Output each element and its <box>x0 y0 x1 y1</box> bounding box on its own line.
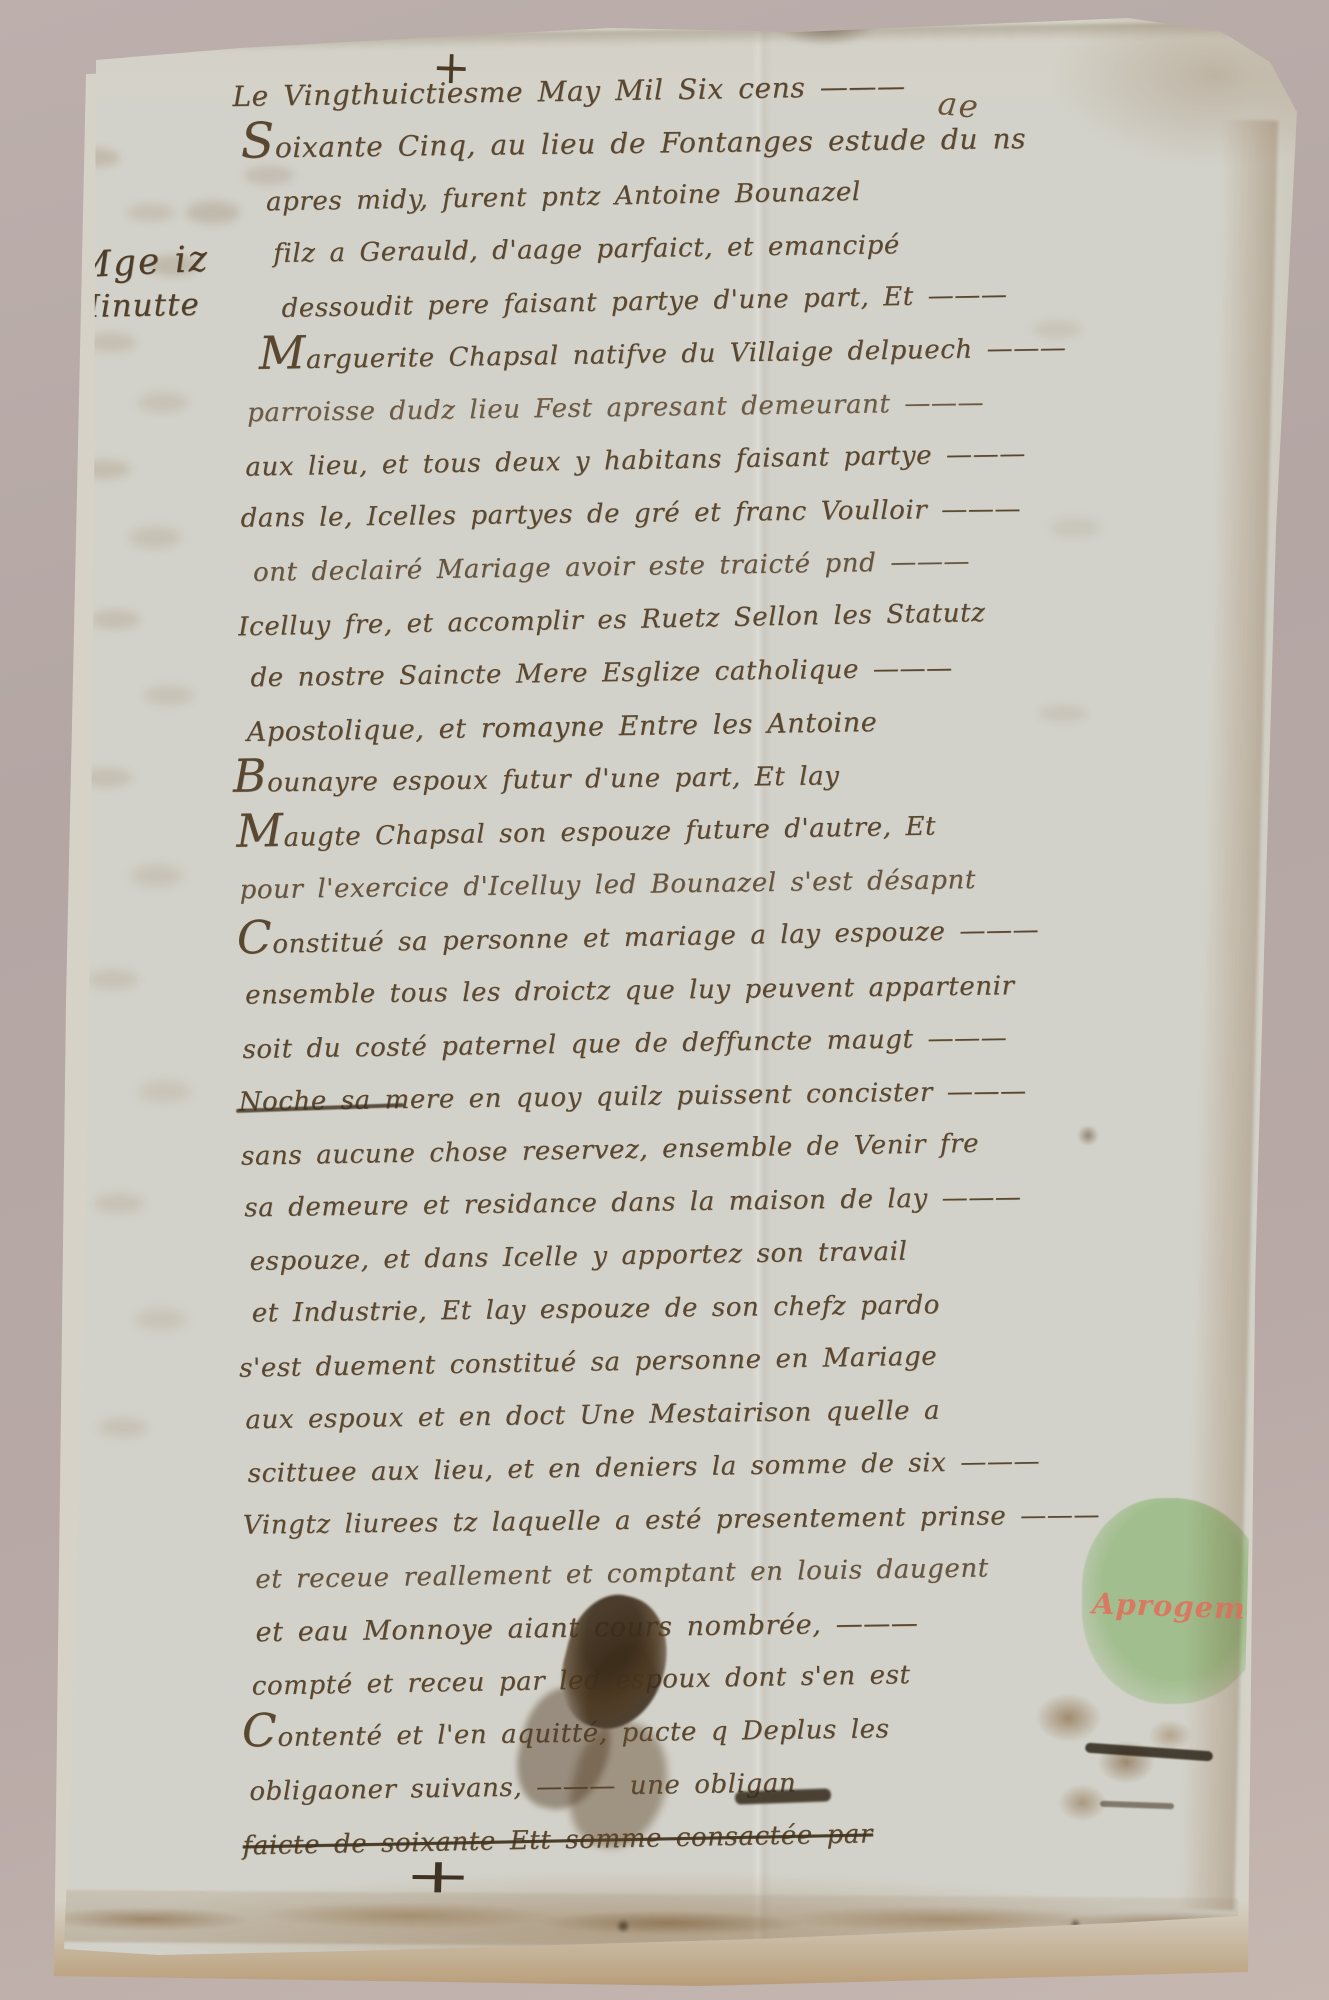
bleedthrough-stain <box>0 0 46 15</box>
ink-spot-stain <box>1076 1126 1100 1145</box>
watermark-text: Aprogemere <box>1091 1586 1302 1627</box>
paper-top-edge <box>100 22 1230 54</box>
paper-sheet: + ae Mge iz Minutte Le Vingthuictiesme M… <box>0 0 1329 2000</box>
bottom-cross-mark: + <box>403 1848 473 1905</box>
top-edge-stain <box>778 4 874 46</box>
manuscript-page: + ae Mge iz Minutte Le Vingthuictiesme M… <box>0 0 1329 2000</box>
